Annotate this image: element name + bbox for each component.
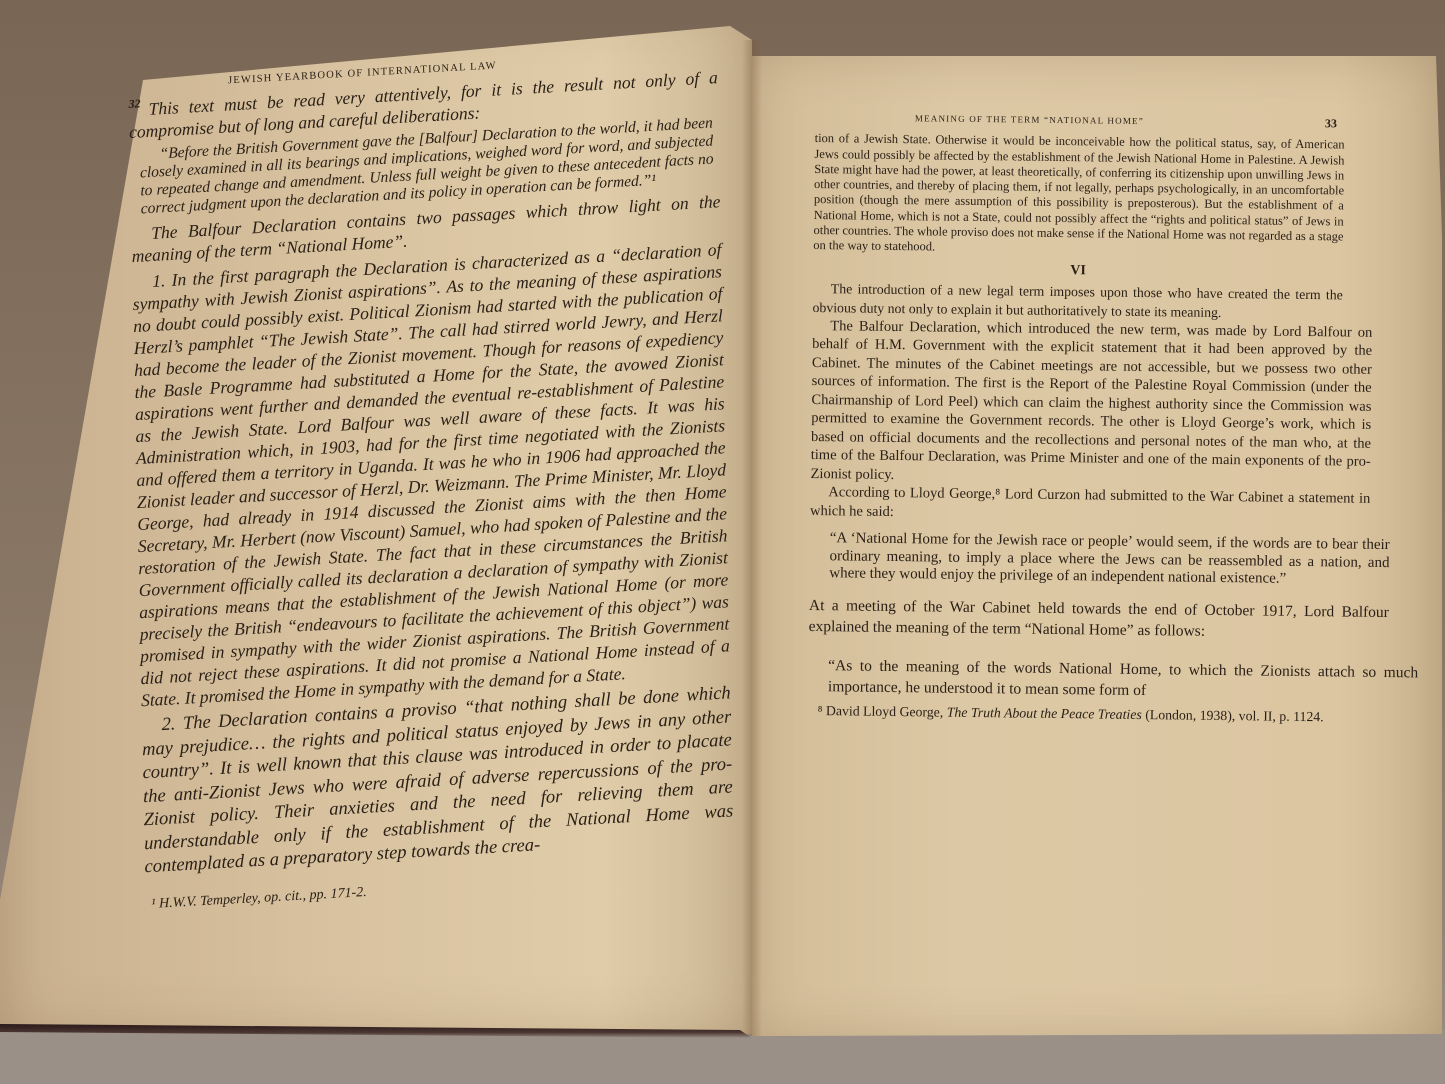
running-head-text: MEANING OF THE TERM “NATIONAL HOME” xyxy=(915,111,1144,129)
paragraph: At a meeting of the War Cabinet held tow… xyxy=(809,595,1389,644)
book-gutter xyxy=(742,40,762,1036)
page-number: 33 xyxy=(1325,116,1337,131)
paragraph: 2. The Declaration contains a proviso “t… xyxy=(141,682,734,879)
page-number: 32 xyxy=(128,93,140,115)
blockquote: “As to the meaning of the words National… xyxy=(808,655,1418,704)
paragraph: According to Lloyd George,⁸ Lord Curzon … xyxy=(810,483,1370,527)
section-heading: VI xyxy=(813,260,1343,282)
paragraph: The introduction of a new legal term imp… xyxy=(812,279,1342,323)
paragraph: 1. In the first paragraph the Declaratio… xyxy=(132,238,730,711)
footnote-author: David Lloyd George, xyxy=(826,703,947,719)
paragraph: The Balfour Declaration, which introduce… xyxy=(810,317,1372,490)
left-page-text: JEWISH YEARBOOK OF INTERNATIONAL LAW 32 … xyxy=(128,43,735,919)
table-surface-foreground xyxy=(0,1030,1445,1084)
paragraph: tion of a Jewish State. Otherwise it wou… xyxy=(813,131,1344,260)
footnote-title: The Truth About the Peace Treaties xyxy=(947,705,1142,722)
blockquote: “A ‘National Home for the Jewish race or… xyxy=(809,530,1390,590)
right-page-text: MEANING OF THE TERM “NATIONAL HOME” 33 t… xyxy=(808,110,1345,725)
footnote-marker: ⁸ xyxy=(818,703,823,718)
footnote-details: (London, 1938), vol. II, p. 1124. xyxy=(1142,707,1324,724)
